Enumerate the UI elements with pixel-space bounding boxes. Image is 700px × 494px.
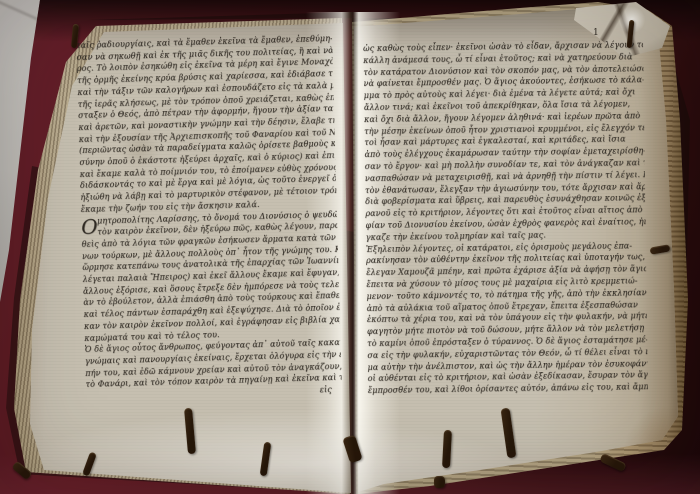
binding-tie: [434, 476, 445, 488]
photo-old-book-scene: ταῖς ῥαδιουργίαις, καὶ τὰ ἔμαθεν ἐκεῖνα …: [0, 0, 700, 494]
left-page-text: ταῖς ῥαδιουργίαις, καὶ τὰ ἔμαθεν ἐκεῖνα …: [76, 33, 342, 403]
right-page-text: ὡς καθὼς τοὺς εἶπεν· ἐκεῖνοι ὡσὰν τὸ εἶδ…: [363, 39, 648, 397]
paragraph: ὡς καθὼς τοὺς εἶπεν· ἐκεῖνοι ὡσὰν τὸ εἶδ…: [363, 39, 646, 243]
page-number: 1: [593, 27, 607, 39]
paragraph: Ἐξηλειπὸν λέγοντες, οἱ κατάρατοι, εἰς ὁρ…: [366, 240, 648, 397]
paragraph: Ομητροπολίτης Λαρίσσης, τὸ ὄνομά του Διο…: [81, 208, 340, 344]
dropcap-initial: Ο: [81, 215, 98, 237]
paragraph: Ὁ δὲ ἅγιος οὗτος ἄνθρωπος, φεύγοντας ἀπ᾽…: [84, 337, 341, 391]
paragraph: ταῖς ῥαδιουργίαις, καὶ τὰ ἔμαθεν ἐκεῖνα …: [76, 33, 337, 216]
